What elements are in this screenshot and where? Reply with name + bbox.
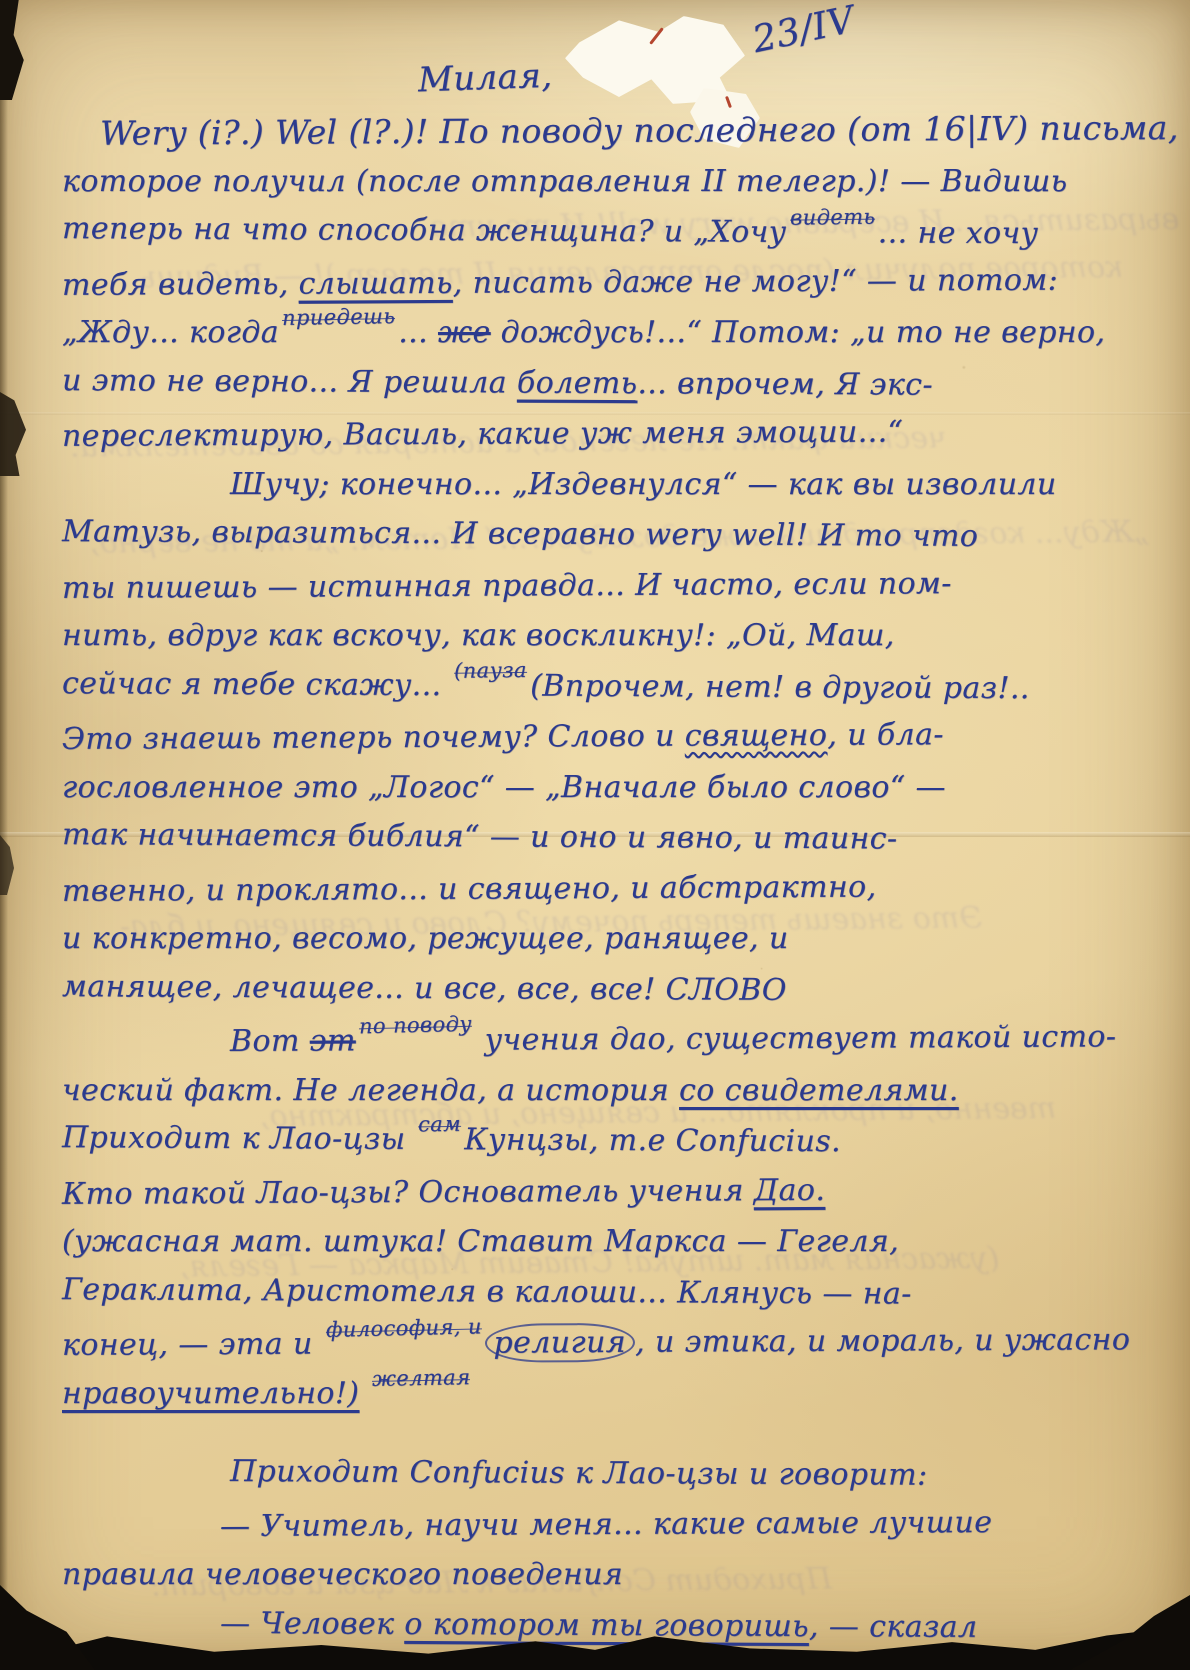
letter-line: ческий факт. Не легенда, а история со св… <box>62 1066 1164 1117</box>
left-edge-shadow <box>0 0 8 1670</box>
line-segment <box>359 1376 369 1411</box>
line-segment: Wery (i?.) Wel (l?.)! По поводу последне… <box>100 108 1179 153</box>
letter-line: и конкретно, весомо, режущее, ранящее, и <box>62 914 1164 965</box>
line-segment: Матузь, выразиться... И всеравно wery we… <box>62 514 978 554</box>
letter-date: 23/IV <box>749 0 859 61</box>
letter-line: Это знаешь теперь почему? Слово и священ… <box>62 709 1164 765</box>
line-segment: слышать <box>298 265 452 301</box>
line-segment: священо <box>685 718 828 754</box>
line-segment: Это знаешь теперь почему? Слово и <box>62 719 685 757</box>
letter-line: тебя видеть, слышать, писать даже не мог… <box>62 255 1164 311</box>
line-segment: сейчас я тебе скажу... <box>62 666 452 703</box>
line-segment: тебя видеть, <box>62 266 299 302</box>
letter-line: нить, вдруг как вскочу, как воскликну!: … <box>62 611 1164 662</box>
letter-line: теперь на что способна женщина? и „Хочув… <box>62 204 1164 260</box>
letter-page: которое получил (после отправления II те… <box>0 0 1190 1670</box>
letter-line: конец, — эта и философия, ирелигия, и эт… <box>62 1315 1164 1371</box>
line-segment: „Жду... когда <box>62 315 279 350</box>
line-segment: о котором ты говоришь <box>404 1606 809 1643</box>
letter-line: Вот этпо поводу учения дао, существует т… <box>62 1012 1164 1068</box>
letter-line: переслектирую, Василь, какие уж меня эмо… <box>62 406 1164 462</box>
line-segment: учения дао, существует такой исто- <box>475 1019 1117 1057</box>
line-segment: со свидетелями. <box>679 1073 959 1108</box>
line-segment: , — сказал <box>809 1609 978 1645</box>
letter-line: правила человеческого поведения <box>62 1550 1164 1601</box>
line-segment: гословленное это „Логос“ — „Вначале было… <box>62 770 946 805</box>
line-segment: Кто такой Лао-цзы? Основатель учения <box>62 1173 754 1212</box>
torn-edge-left-small <box>0 835 14 895</box>
line-segment: конец, — эта и <box>62 1327 323 1363</box>
line-segment: — Учитель, научи меня... какие самые луч… <box>220 1505 993 1544</box>
line-segment: , и этика, и мораль, и ужасно <box>635 1322 1130 1360</box>
inserted-word: видеть <box>790 217 875 221</box>
line-segment: ... впрочем, Я экс- <box>637 366 933 403</box>
inserted-word: (пауза <box>454 669 527 673</box>
line-segment: которое получил (после отправления II те… <box>62 164 1067 199</box>
letter-line: Приходит Confucius к Лао-цзы и говорит: <box>62 1446 1164 1502</box>
letter-line: — Человек о котором ты говоришь, — сказа… <box>62 1598 1164 1654</box>
line-segment: религия <box>484 1323 635 1363</box>
torn-edge-left <box>0 392 26 476</box>
line-segment: твенно, и проклято... и священо, и абстр… <box>62 869 877 908</box>
letter-line: (ужасная мат. штука! Ставит Маркса — Гег… <box>62 1217 1164 1268</box>
letter-line: нравоучительно!) желтая <box>62 1369 1164 1420</box>
line-segment: Приходит к Лао-цзы <box>62 1120 416 1157</box>
line-segment: болеть <box>517 365 638 401</box>
line-segment: и конкретно, весомо, режущее, ранящее, и <box>62 921 789 956</box>
line-segment: Шучу; конечно... „Издевнулся“ — как вы и… <box>230 467 1057 502</box>
line-segment: нравоучительно!) <box>62 1376 359 1411</box>
line-segment: , и бла- <box>827 717 944 753</box>
letter-lines: Wery (i?.) Wel (l?.)! По поводу последне… <box>62 106 1164 1651</box>
torn-corner-top-left <box>0 0 34 100</box>
letter-line: Гераклита, Аристотеля в калоши... Клянус… <box>62 1265 1164 1321</box>
inserted-word: приедешь <box>282 316 395 321</box>
letter-line: Приходит к Лао-цзы самКунцзы, т.е Confuc… <box>62 1113 1164 1169</box>
line-segment: Кунцзы, т.е Confucius. <box>464 1122 841 1159</box>
letter-line: Матузь, выразиться... И всеравно wery we… <box>62 507 1164 563</box>
line-segment: переслектирую, Василь, какие уж меня эмо… <box>62 414 903 453</box>
line-segment: теперь на что способна женщина? и „Хочу <box>62 211 787 250</box>
line-segment: ... <box>398 315 438 350</box>
letter-line: Wery (i?.) Wel (l?.)! По поводу последне… <box>62 103 1164 159</box>
inserted-word: философия, и <box>325 1326 481 1333</box>
salutation: Милая, <box>417 56 553 101</box>
letter-line: и это не верно... Я решила болеть... впр… <box>62 356 1164 412</box>
line-segment: (Впрочем, нет! в другой раз!.. <box>530 668 1030 706</box>
line-segment: дождусь!...“ Потом: „и то не верно, <box>491 315 1106 350</box>
line-segment: (ужасная мат. штука! Ставит Маркса — Гег… <box>62 1224 899 1259</box>
inserted-word: по поводу <box>359 1024 472 1030</box>
letter-line: твенно, и проклято... и священо, и абстр… <box>62 861 1164 917</box>
line-segment: и это не верно... Я решила <box>62 363 517 400</box>
line-segment: ты пишешь — истинная правда... И часто, … <box>62 566 952 606</box>
line-segment: — Человек <box>220 1605 404 1641</box>
letter-line: манящее, лечащее... и все, все, все! СЛО… <box>62 962 1164 1018</box>
inserted-word: желтая <box>372 1377 470 1382</box>
letter-line: которое получил (после отправления II те… <box>62 157 1164 208</box>
letter-line: так начинается библия“ — и оно и явно, и… <box>62 810 1164 866</box>
letter-line: — Учитель, научи меня... какие самые луч… <box>62 1497 1164 1553</box>
line-segment: , писать даже не могу!“ — и потом: <box>453 262 1059 300</box>
line-segment: нить, вдруг как вскочу, как воскликну!: … <box>62 618 895 653</box>
line-segment: правила человеческого поведения <box>62 1557 623 1592</box>
line-segment: ческий факт. Не легенда, а история <box>62 1073 679 1108</box>
letter-line: сейчас я тебе скажу... (пауза(Впрочем, н… <box>62 659 1164 715</box>
line-segment: эт <box>310 1023 356 1058</box>
line-segment: Гераклита, Аристотеля в калоши... Клянус… <box>62 1272 912 1311</box>
line-segment: Вот <box>230 1024 310 1059</box>
letter-line: „Жду... когдаприедешь... же дождусь!...“… <box>62 308 1164 359</box>
line-segment: Приходит Confucius к Лао-цзы и говорит: <box>230 1454 928 1493</box>
letter-line: ты пишешь — истинная правда... И часто, … <box>62 558 1164 614</box>
letter-line: гословленное это „Логос“ — „Вначале было… <box>62 763 1164 814</box>
letter-line: Кто такой Лао-цзы? Основатель учения Дао… <box>62 1164 1164 1220</box>
letter-line: Шучу; конечно... „Издевнулся“ — как вы и… <box>62 460 1164 511</box>
inserted-word: сам <box>418 1124 461 1128</box>
line-segment: так начинается библия“ — и оно и явно, и… <box>62 817 898 856</box>
line-segment: Дао. <box>754 1172 826 1207</box>
line-segment: манящее, лечащее... и все, все, все! СЛО… <box>62 969 787 1008</box>
line-segment: ... не хочу <box>878 215 1039 251</box>
line-segment: же <box>438 315 491 350</box>
